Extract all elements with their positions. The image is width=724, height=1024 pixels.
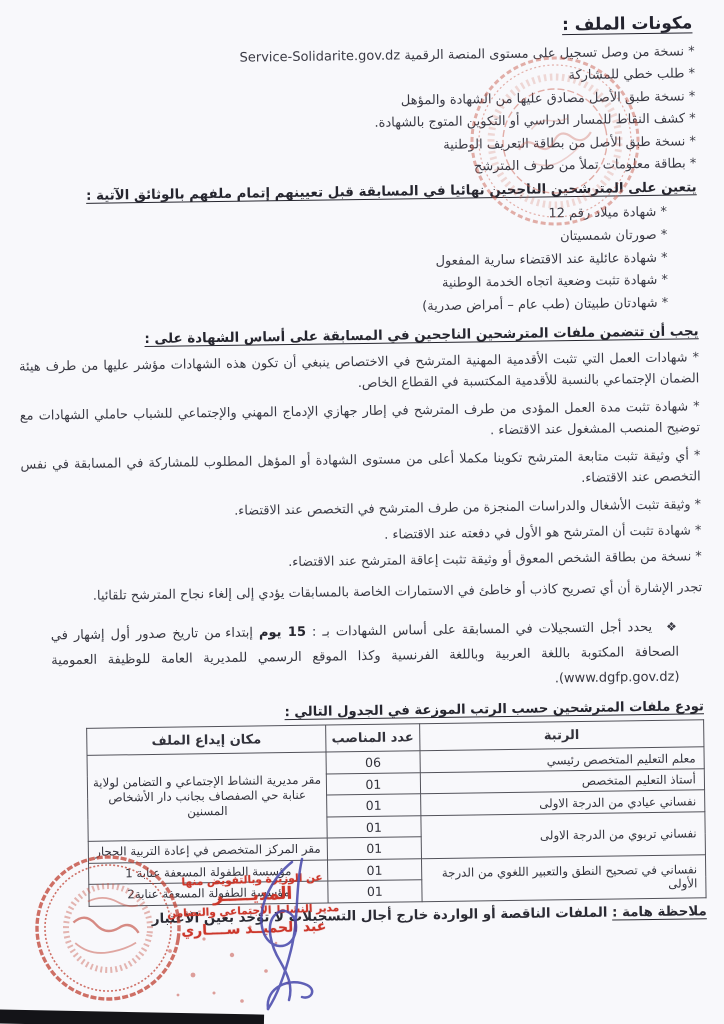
false-declaration-warning: تجدر الإشارة أن أي تصريح كاذب أو خاطئ في…: [22, 578, 702, 608]
note-text: الملفات الناقصة أو الواردة خارج أجال الت…: [152, 906, 608, 927]
cell-rank-merged: نفساني تربوي من الدرجة الاولى: [421, 812, 706, 859]
cell-count: 01: [327, 837, 421, 860]
note-label: ملاحظة هامة :: [612, 904, 707, 920]
diamond-bullet-icon: ❖: [666, 620, 679, 634]
cell-place-merged: مقر مديرية النشاط الإجتماعي و التضامن لو…: [87, 752, 327, 841]
paragraph-item: * شهادة تثبت مدة العمل المؤدى من طرف الم…: [20, 397, 701, 448]
registration-deadline-paragraph: ❖ يحدد أجل التسجيلات في المسابقة على أسا…: [23, 615, 704, 699]
cell-rank-merged: نفساني في تصحيح النطق والتعبير اللغوي من…: [421, 855, 706, 902]
important-note: ملاحظة هامة : الملفات الناقصة أو الواردة…: [27, 904, 707, 928]
cell-count: 01: [328, 859, 422, 882]
paragraph-item: * شهادات العمل التي تثبت الأقدمية المهني…: [19, 348, 700, 399]
certificate-files-section: * شهادات العمل التي تثبت الأقدمية المهني…: [19, 348, 702, 608]
paragraph-item: * نسخة من بطاقة الشخص المعوق أو وثيقة تث…: [22, 547, 702, 577]
cell-count: 01: [327, 794, 421, 817]
scanned-page: مكونات الملف : * نسخة من وصل تسجيل على م…: [0, 0, 724, 1024]
deadline-duration: 15 يوم: [259, 625, 306, 641]
ranks-table: الرتبة عدد المناصب مكان إيداع الملف معلم…: [86, 720, 706, 907]
deadline-text: يحدد أجل التسجيلات في المسابقة على أساس …: [312, 620, 652, 640]
successful-candidates-list: * شهادة ميلاد رقم 12 * صورتان شمسيتان * …: [17, 202, 699, 324]
paragraph-item: * شهادة تثبت أن المترشح هو الأول في دفعت…: [21, 521, 701, 551]
cell-place: مؤسسة الطفولة المسعفة عنابة2: [89, 881, 328, 906]
header-count: عدد المناصب: [326, 724, 420, 752]
cell-count: 06: [326, 751, 420, 774]
header-place: مكان إيداع الملف: [87, 725, 327, 755]
cell-count: 01: [326, 773, 420, 796]
page-title: مكونات الملف :: [14, 13, 692, 42]
cell-count: 01: [328, 880, 422, 903]
page-content: مكونات الملف : * نسخة من وصل تسجيل على م…: [0, 0, 724, 929]
paragraph-item: * أي وثيقة تثبت متابعة المترشح تكوينا مك…: [20, 446, 701, 497]
cell-count: 01: [327, 816, 421, 839]
file-components-list: * نسخة من وصل تسجيل على مستوى المنصة الر…: [15, 41, 697, 185]
paragraph-item: * وثيقة تثبت الأشغال والدراسات المنجزة م…: [21, 495, 701, 525]
header-rank: الرتبة: [419, 720, 704, 751]
